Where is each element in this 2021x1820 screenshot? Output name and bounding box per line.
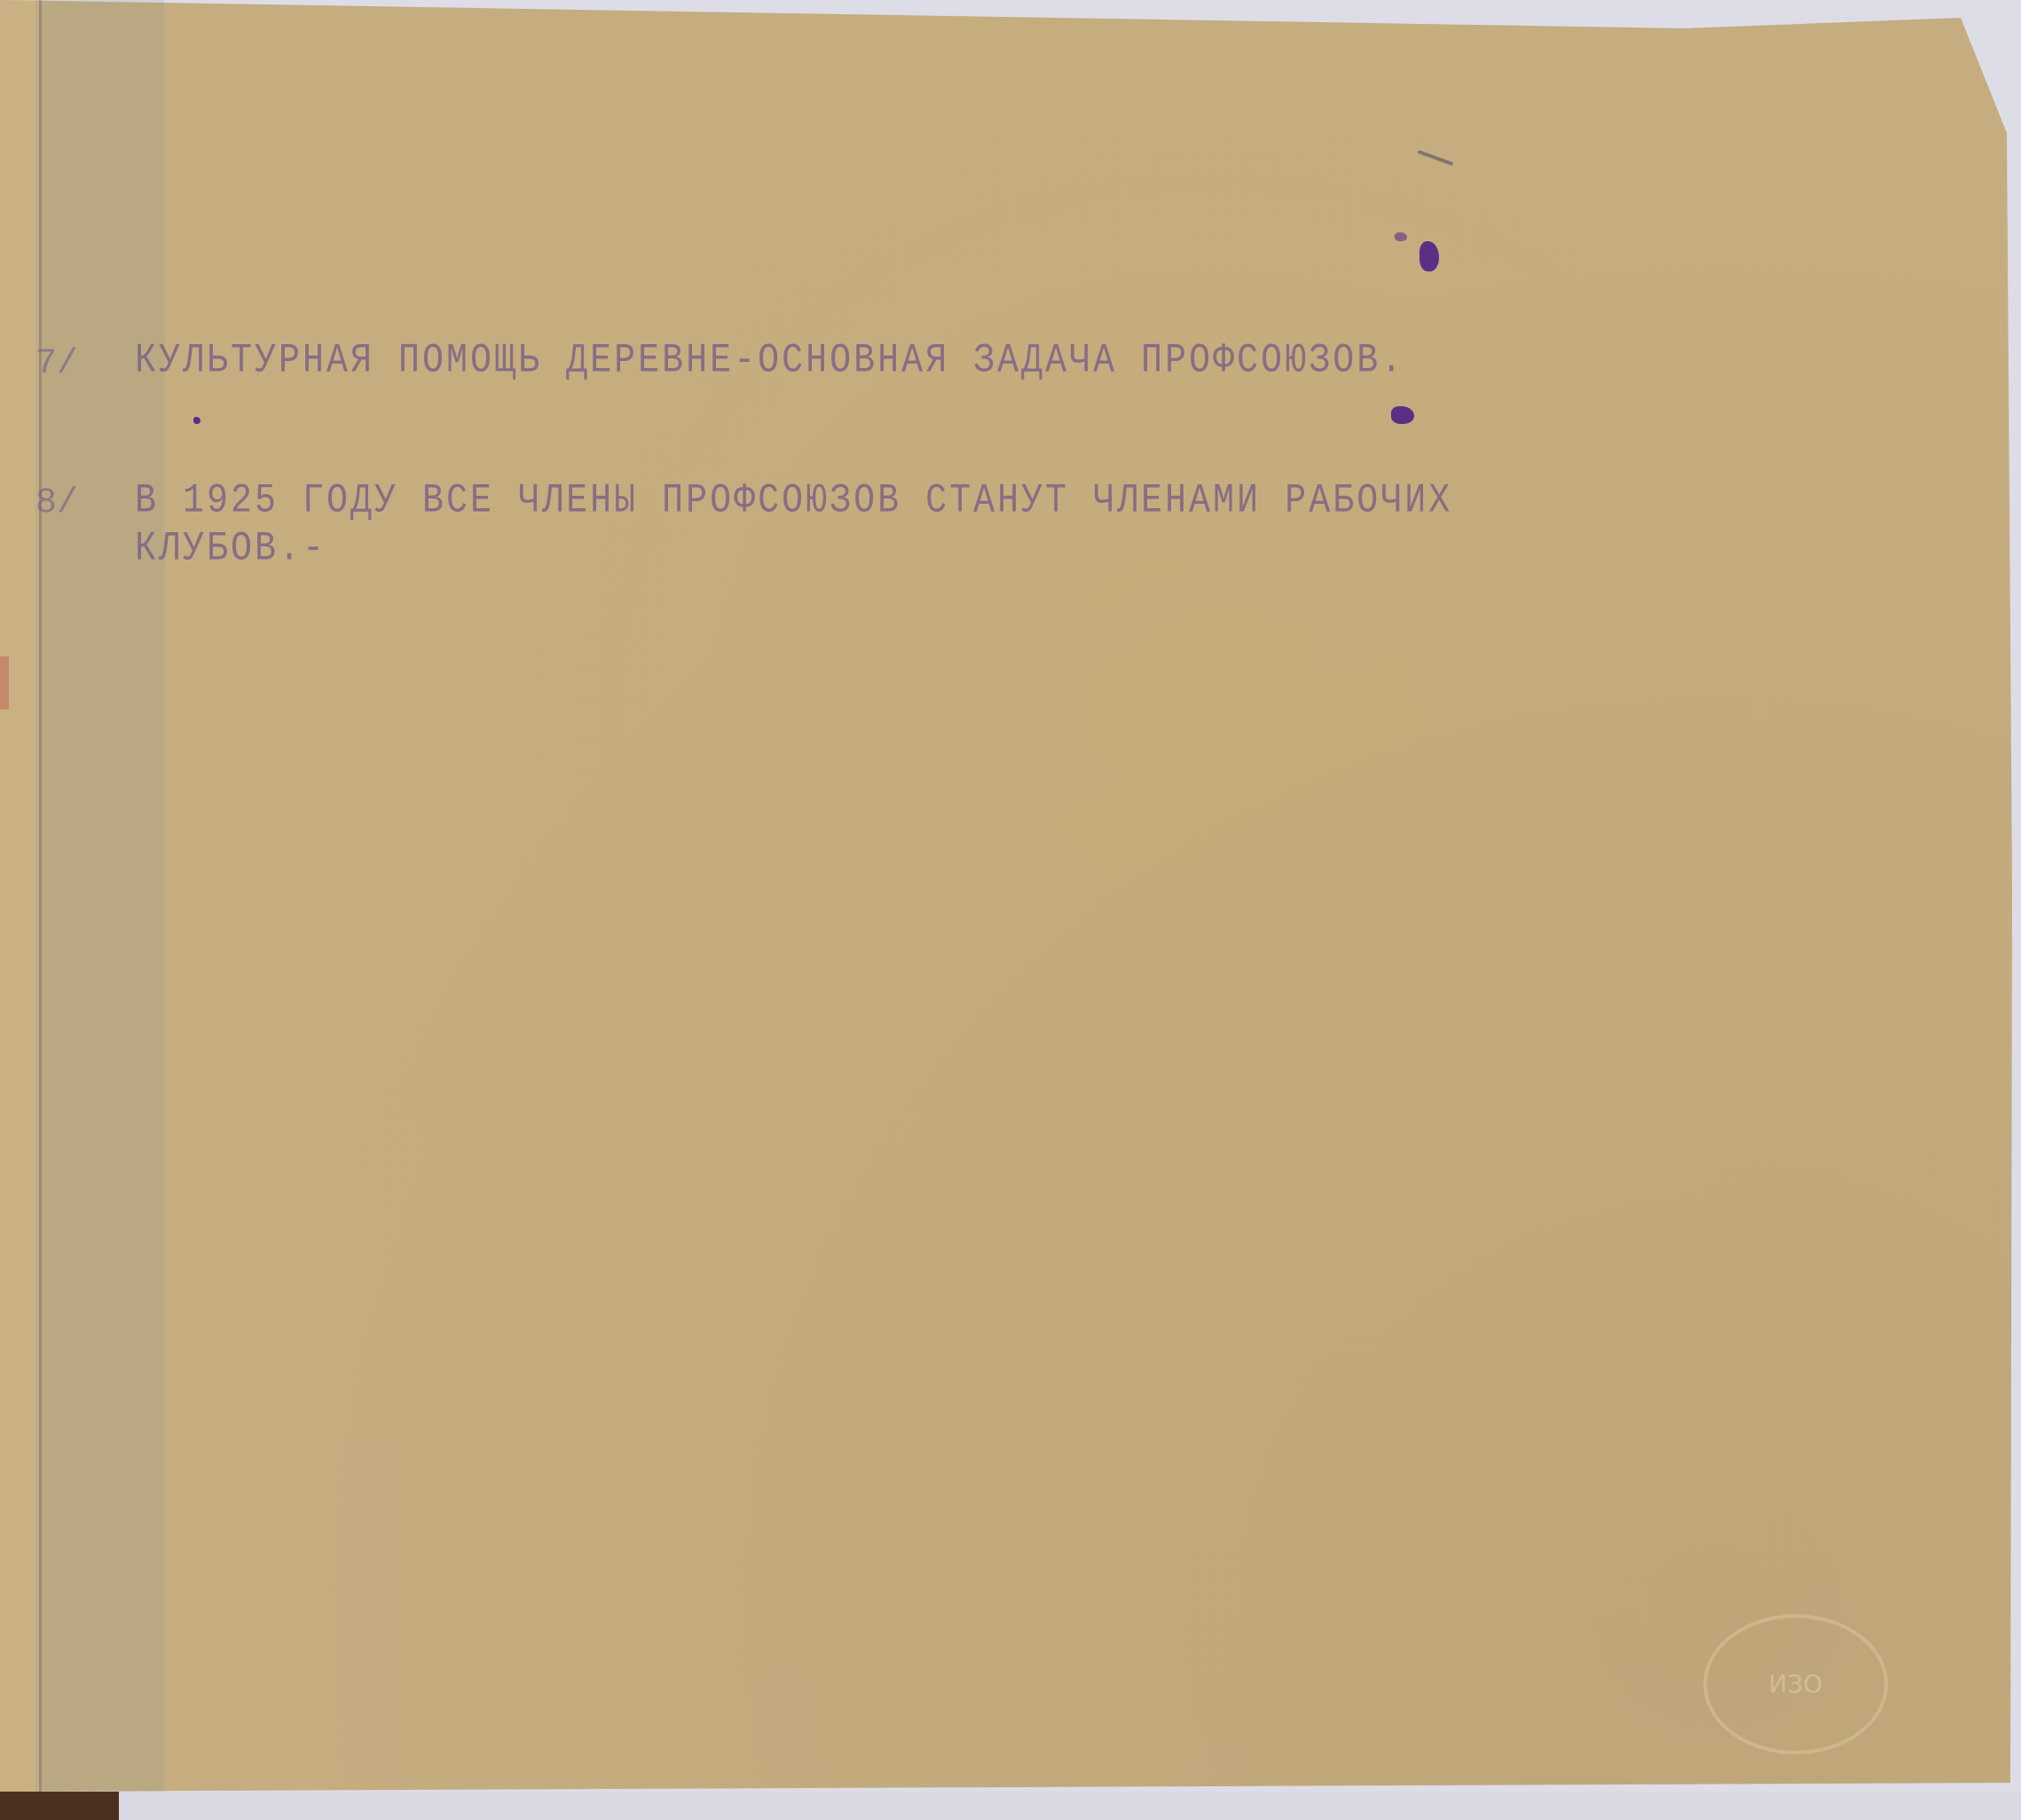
tape-strip [35,0,164,1792]
fold-line [39,0,42,1792]
item-number: 8/ [35,483,78,523]
binding-strip [0,0,39,1792]
red-margin-mark [0,656,9,710]
paper-sheet [0,0,2021,1792]
ink-blot [1391,406,1414,424]
backing-board [0,1792,119,1820]
typed-line: В 1925 ГОДУ ВСЕ ЧЛЕНЫ ПРОФСОЮЗОВ СТАНУТ … [135,481,1452,523]
embossed-stamp: ИЗО [1703,1614,1888,1754]
ink-blot [1419,241,1439,271]
scanner-background [119,1792,2021,1820]
document-scan: 7/ КУЛЬТУРНАЯ ПОМОЩЬ ДЕРЕВНЕ-ОСНОВНАЯ ЗА… [0,0,2021,1820]
item-number: 7/ [35,344,78,384]
typed-line: КУЛЬТУРНАЯ ПОМОЩЬ ДЕРЕВНЕ-ОСНОВНАЯ ЗАДАЧ… [135,341,1404,383]
typed-line: КЛУБОВ.- [135,529,326,571]
ink-blot [193,417,201,424]
ink-blot [1395,232,1407,241]
